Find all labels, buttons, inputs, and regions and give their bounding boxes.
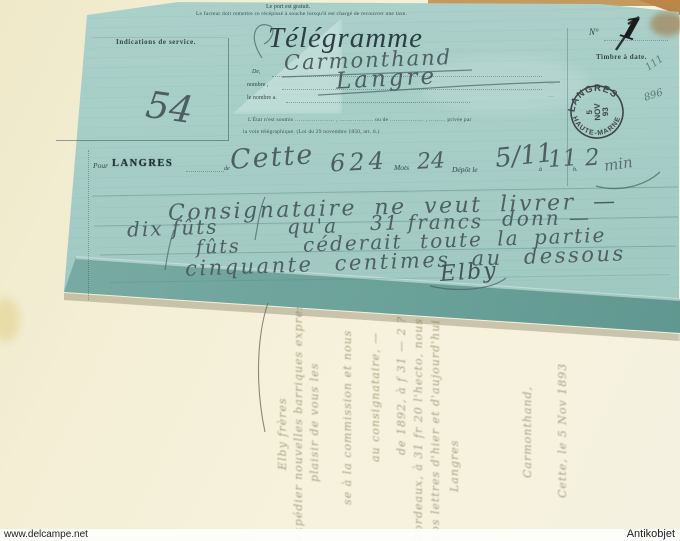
field-right-note: … <box>548 80 554 86</box>
field-dotted-line <box>286 102 470 103</box>
letter-line: Elby frères <box>276 380 289 470</box>
telegram-number-handwritten: 624 <box>329 147 388 178</box>
letter-line: plaisir de vous les <box>308 332 321 482</box>
route-dotted-line <box>186 171 224 172</box>
de-label: de <box>224 166 230 172</box>
h-label: h. <box>573 167 578 173</box>
notice-port-gratuit: Le port est gratuit. <box>266 4 310 10</box>
letter-line: Carmonthand, <box>521 310 534 478</box>
antikobjet-watermark: Antikobjet <box>627 528 675 540</box>
scan-bottom-strip <box>0 529 680 541</box>
printer-imprint-vertical <box>88 150 89 300</box>
letter-line: se à la commission et nous <box>341 302 354 505</box>
depot-label: Dépôt le <box>452 165 478 174</box>
field-right-note: … <box>548 93 554 99</box>
letter-line: au consignataire, — <box>369 302 382 462</box>
letter-line: Bordeaux, à 31 fr 20 l'hecto, nous l'att… <box>412 302 425 541</box>
origin-handwritten: Cette <box>229 139 315 176</box>
mots-label: Mots <box>394 163 409 172</box>
field-dotted-line <box>272 76 542 77</box>
service-box-top-border <box>92 37 228 38</box>
pour-value-stamped: LANGRES <box>112 158 173 169</box>
letter-line: de 1892, à f 31 — 2 ? <box>395 303 408 455</box>
field-le-nombre-label: le nombre a. <box>247 95 277 101</box>
legal-line-2: la voie télégraphique. (Loi du 29 novemb… <box>243 129 380 135</box>
scanned-telegram-photo: { "watermarks": { "bottom_left": "www.de… <box>0 0 680 541</box>
timbre-label: Timbre à date. <box>596 53 647 61</box>
numero-label: N° <box>589 27 599 37</box>
a-label: à <box>539 167 542 173</box>
service-box-label: Indications de service. <box>116 38 196 46</box>
field-de-label: De, <box>252 69 261 75</box>
depot-value-handwritten: 5/11 <box>494 138 555 174</box>
service-number-handwritten: 54 <box>143 83 196 132</box>
mots-value-handwritten: 24 <box>416 148 445 174</box>
delcampe-watermark: www.delcampe.net <box>4 529 88 540</box>
service-box-bottom-border <box>56 140 228 141</box>
field-nombre-label: nombre , <box>247 82 268 88</box>
message-signature: Elby <box>439 258 498 287</box>
service-box-right-border <box>228 38 229 141</box>
postmark-year: 93 <box>601 107 610 117</box>
letter-line: Cette, le 5 Nov 1893 <box>556 308 569 498</box>
field-dotted-line <box>282 89 542 90</box>
legal-line-1: L'État n'est soumis ………………… , ……………… ou … <box>248 117 472 123</box>
notice-facteur: Le facteur doit remettre ce récépissé à … <box>196 11 407 17</box>
minute-handwritten: 2 <box>584 145 600 172</box>
letter-line: expédier nouvelles barriques expres <box>292 330 305 541</box>
pour-label: Pour <box>93 161 108 170</box>
paper-stain-top-right <box>650 12 680 36</box>
letter-line: Langres <box>448 420 461 492</box>
letter-line: nos lettres d'hier et d'aujourd'hui lett… <box>429 302 442 541</box>
